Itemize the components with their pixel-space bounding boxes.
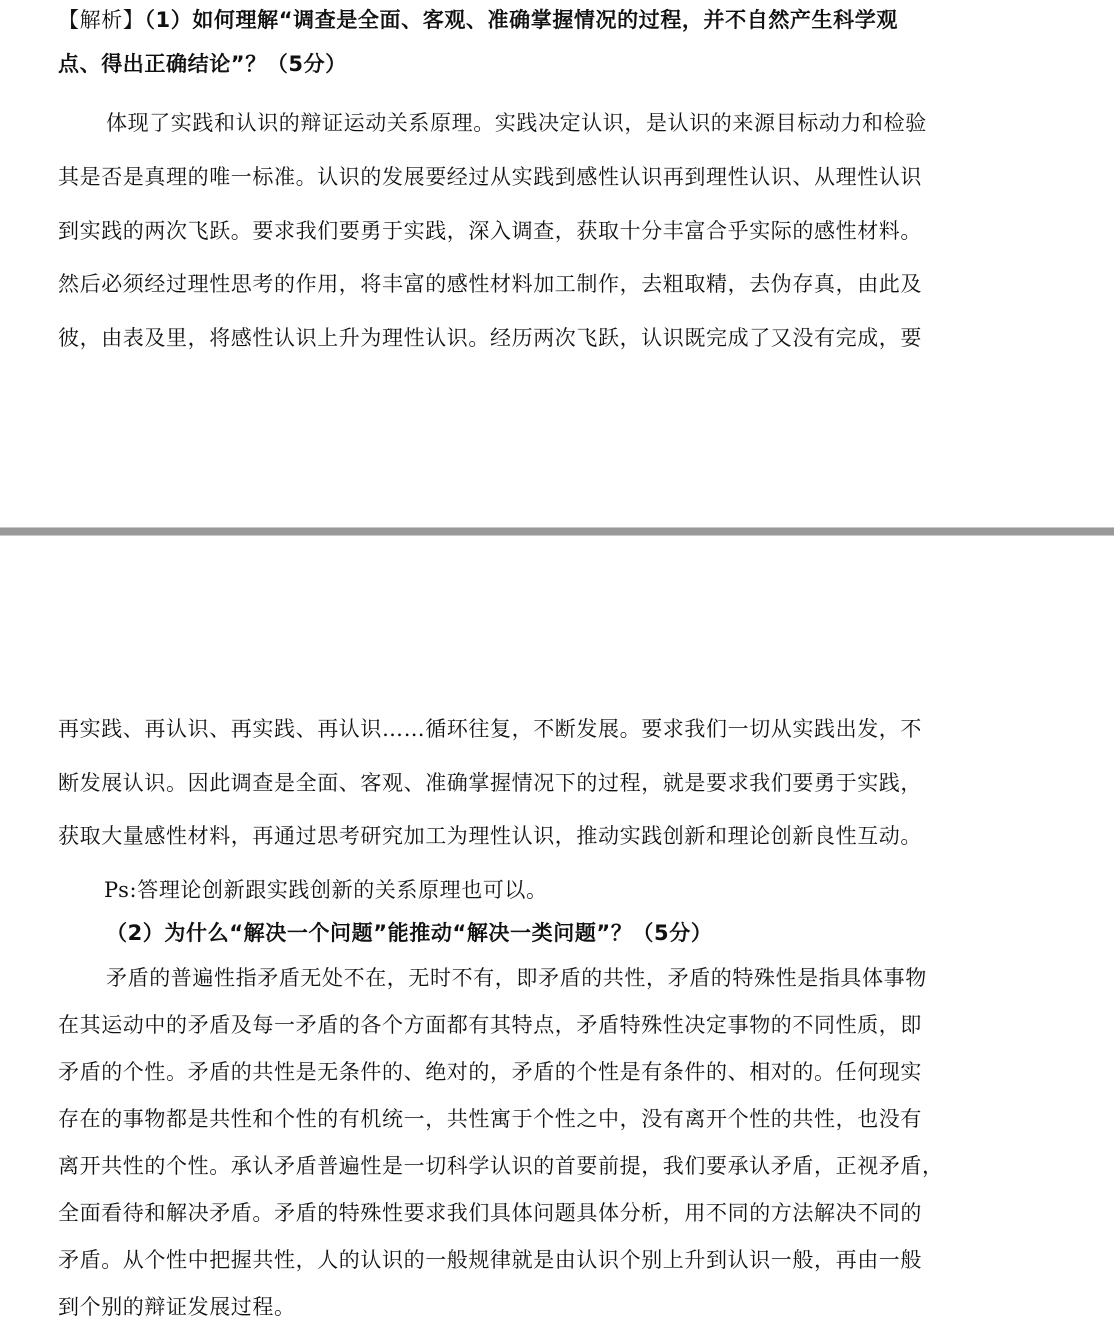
paragraph-line: 然后必须经过理性思考的作用，将丰富的感性材料加工制作，去粗取精，去伪存真，由此及 <box>58 268 1018 298</box>
section1-heading: 【解析】（1）如何理解“调查是全面、客观、准确掌握情况的过程，并不自然产生科学观 <box>58 4 1018 34</box>
document-page-2: 再实践、再认识、再实践、再认识……循环往复，不断发展。要求我们一切从实践出发，不… <box>0 536 1114 1334</box>
question1-title-line2: 点、得出正确结论”？（5分） <box>58 48 1018 78</box>
paragraph-line: 其是否是真理的唯一标准。认识的发展要经过从实践到感性认识再到理性认识、从理性认识 <box>58 161 1018 191</box>
paragraph-line: 断发展认识。因此调查是全面、客观、准确掌握情况下的过程，就是要求我们要勇于实践， <box>58 767 1018 797</box>
paragraph-line: 在其运动中的矛盾及每一矛盾的各个方面都有其特点，矛盾特殊性决定事物的不同性质，即 <box>58 1009 1018 1039</box>
paragraph-line: 全面看待和解决矛盾。矛盾的特殊性要求我们具体问题具体分析，用不同的方法解决不同的 <box>58 1197 1018 1227</box>
ps-note: Ps:答理论创新跟实践创新的关系原理也可以。 <box>104 874 1064 904</box>
paragraph-line: 到实践的两次飞跃。要求我们要勇于实践，深入调查，获取十分丰富合乎实际的感性材料。 <box>58 215 1018 245</box>
paragraph-line: 再实践、再认识、再实践、再认识……循环往复，不断发展。要求我们一切从实践出发，不 <box>58 713 1018 743</box>
paragraph-line: 存在的事物都是共性和个性的有机统一，共性寓于个性之中，没有离开个性的共性，也没有 <box>58 1103 1018 1133</box>
paragraph-line: 离开共性的个性。承认矛盾普遍性是一切科学认识的首要前提，我们要承认矛盾，正视矛盾… <box>58 1150 1018 1180</box>
document-page-1: 【解析】（1）如何理解“调查是全面、客观、准确掌握情况的过程，并不自然产生科学观… <box>0 0 1114 526</box>
paragraph-line: 获取大量感性材料，再通过思考研究加工为理性认识，推动实践创新和理论创新良性互动。 <box>58 820 1018 850</box>
paragraph-line: 矛盾的普遍性指矛盾无处不在，无时不有，即矛盾的共性，矛盾的特殊性是指具体事物 <box>106 962 1066 992</box>
paragraph-line: 彼，由表及里，将感性认识上升为理性认识。经历两次飞跃，认识既完成了又没有完成，要 <box>58 322 1018 352</box>
page-break-bar <box>0 527 1114 536</box>
page-break-separator <box>0 526 1114 536</box>
paragraph-line: 到个别的辩证发展过程。 <box>58 1291 1018 1321</box>
paragraph-line: 矛盾的个性。矛盾的共性是无条件的、绝对的，矛盾的个性是有条件的、相对的。任何现实 <box>58 1056 1018 1086</box>
paragraph-line: 体现了实践和认识的辩证运动关系原理。实践决定认识，是认识的来源目标动力和检验 <box>106 107 1066 137</box>
paragraph-line: 矛盾。从个性中把握共性，人的认识的一般规律就是由认识个别上升到认识一般，再由一般 <box>58 1244 1018 1274</box>
analysis-label: 【解析】 <box>58 8 144 32</box>
question1-title-line1: （1）如何理解“调查是全面、客观、准确掌握情况的过程，并不自然产生科学观 <box>144 8 898 32</box>
question2-title: （2）为什么“解决一个问题”能推动“解决一类问题”？（5分） <box>106 917 1066 947</box>
